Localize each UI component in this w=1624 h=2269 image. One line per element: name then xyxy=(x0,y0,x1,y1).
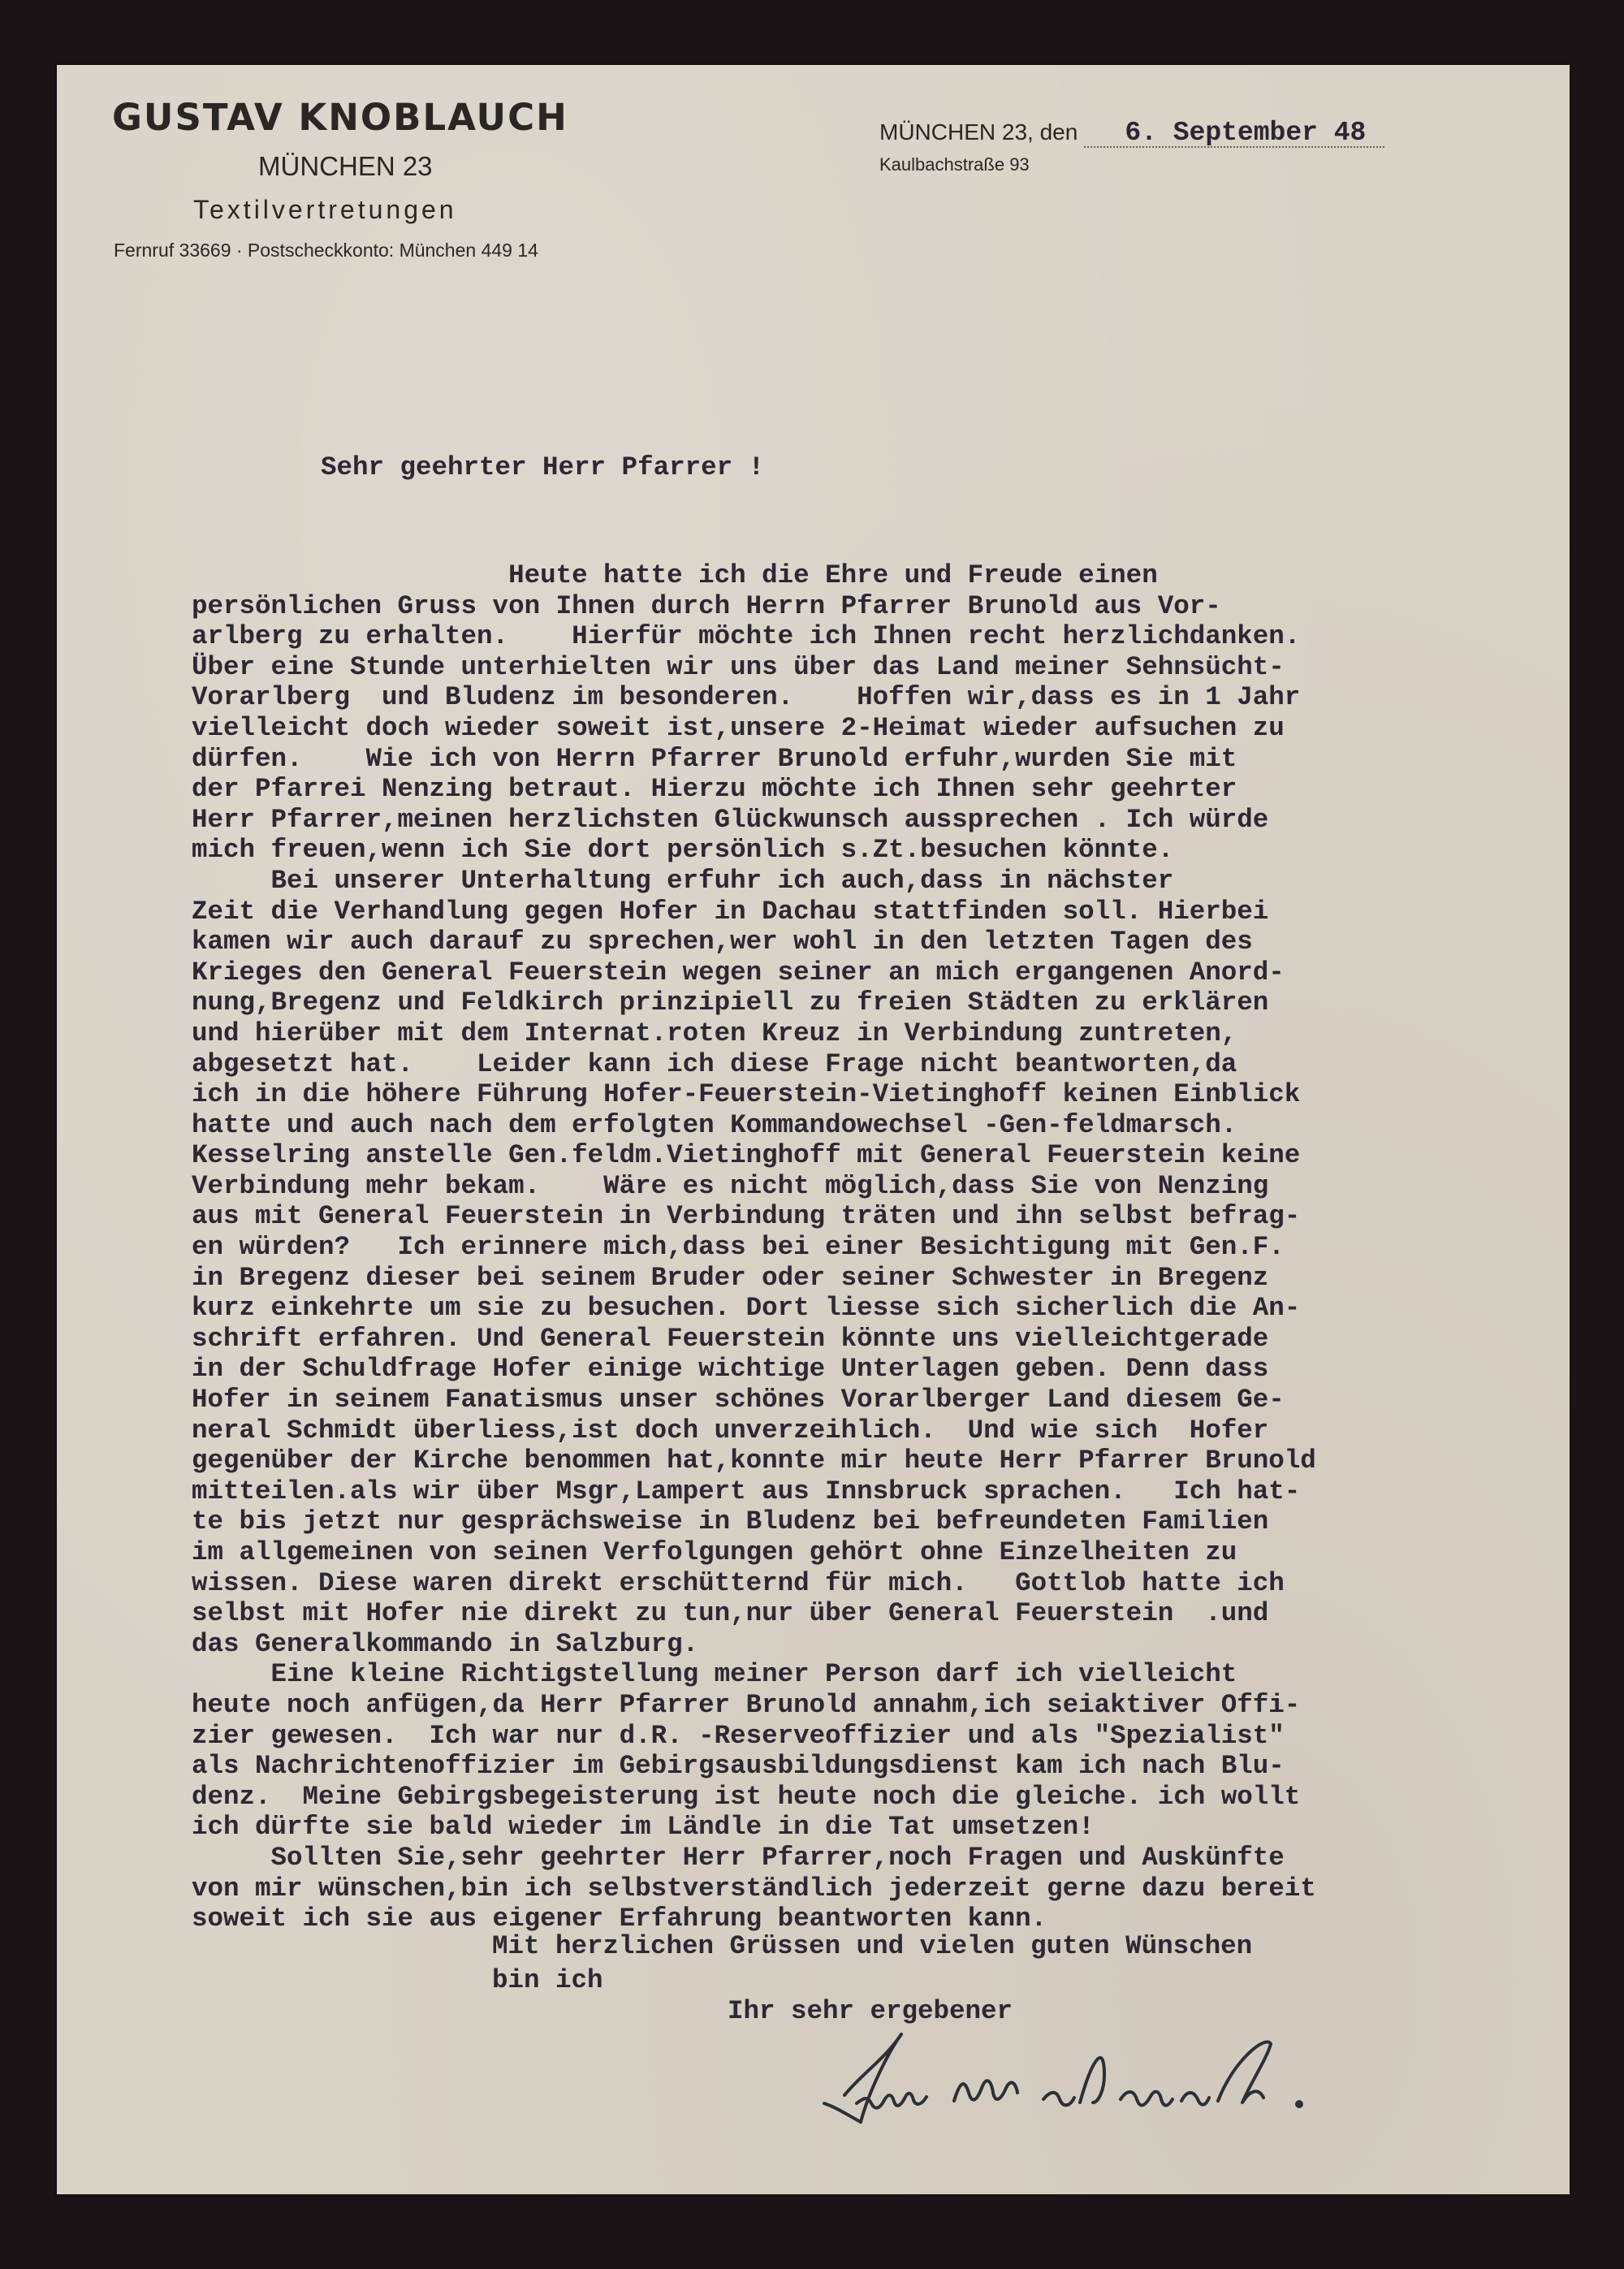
street-address: Kaulbachstraße 93 xyxy=(879,154,1030,175)
body-line: nung,Bregenz und Feldkirch prinzipiell z… xyxy=(192,988,1316,1018)
dateline-prefix: MÜNCHEN 23, den xyxy=(879,119,1078,145)
body-line: das Generalkommando in Salzburg. xyxy=(192,1629,1316,1660)
body-line: Hofer in seinem Fanatismus unser schönes… xyxy=(192,1385,1316,1415)
body-line: zier gewesen. Ich war nur d.R. -Reserveo… xyxy=(192,1721,1316,1752)
letter-body: Heute hatte ich die Ehre und Freude eine… xyxy=(192,560,1316,1934)
letterhead-contact: Fernruf 33669 · Postscheckkonto: München… xyxy=(114,240,538,261)
regards: Ihr sehr ergebener xyxy=(728,1996,1013,2027)
body-line: wissen. Diese waren direkt erschütternd … xyxy=(192,1568,1316,1599)
letterhead-city: MÜNCHEN 23 xyxy=(258,151,433,182)
body-line: Herr Pfarrer,meinen herzlichsten Glückwu… xyxy=(192,805,1316,836)
body-line: vielleicht doch wieder soweit ist,unsere… xyxy=(192,713,1316,744)
body-line: hatte und auch nach dem erfolgten Komman… xyxy=(192,1110,1316,1141)
body-line: persönlichen Gruss von Ihnen durch Herrn… xyxy=(192,591,1316,622)
body-line: ich in die höhere Führung Hofer-Feuerste… xyxy=(192,1079,1316,1110)
body-line: Heute hatte ich die Ehre und Freude eine… xyxy=(192,560,1316,591)
body-line: Eine kleine Richtigstellung meiner Perso… xyxy=(192,1659,1316,1690)
closing-line: bin ich xyxy=(492,1964,1252,1998)
body-line: heute noch anfügen,da Herr Pfarrer Bruno… xyxy=(192,1690,1316,1721)
body-line: der Pfarrei Nenzing betraut. Hierzu möch… xyxy=(192,774,1316,805)
letterhead-name: GUSTAV KNOBLAUCH xyxy=(112,96,568,139)
dateline: MÜNCHEN 23, den 6. September 48 xyxy=(879,119,1384,148)
body-line: gegenüber der Kirche benommen hat,konnte… xyxy=(192,1446,1316,1476)
body-line: Sollten Sie,sehr geehrter Herr Pfarrer,n… xyxy=(192,1843,1316,1874)
body-line: von mir wünschen,bin ich selbstverständl… xyxy=(192,1874,1316,1904)
body-line: Zeit die Verhandlung gegen Hofer in Dach… xyxy=(192,897,1316,927)
body-line: im allgemeinen von seinen Verfolgungen g… xyxy=(192,1537,1316,1568)
body-line: Verbindung mehr bekam. Wäre es nicht mög… xyxy=(192,1171,1316,1202)
body-line: und hierüber mit dem Internat.roten Kreu… xyxy=(192,1018,1316,1049)
body-line: Bei unserer Unterhaltung erfuhr ich auch… xyxy=(192,866,1316,897)
body-line: selbst mit Hofer nie direkt zu tun,nur ü… xyxy=(192,1598,1316,1629)
body-line: kamen wir auch darauf zu sprechen,wer wo… xyxy=(192,927,1316,957)
body-line: in Bregenz dieser bei seinem Bruder oder… xyxy=(192,1263,1316,1294)
body-line: dürfen. Wie ich von Herrn Pfarrer Brunol… xyxy=(192,744,1316,775)
closing: Mit herzlichen Grüssen und vielen guten … xyxy=(492,1930,1252,1998)
closing-line: Mit herzlichen Grüssen und vielen guten … xyxy=(492,1930,1252,1964)
date-field: 6. September 48 xyxy=(1084,119,1384,148)
body-line: kurz einkehrte um sie zu besuchen. Dort … xyxy=(192,1293,1316,1324)
body-line: mich freuen,wenn ich Sie dort persönlich… xyxy=(192,835,1316,866)
signature-icon xyxy=(812,2026,1332,2132)
body-line: Krieges den General Feuerstein wegen sei… xyxy=(192,957,1316,988)
body-line: aus mit General Feuerstein in Verbindung… xyxy=(192,1201,1316,1232)
body-line: neral Schmidt überliess,ist doch unverze… xyxy=(192,1415,1316,1446)
body-line: arlberg zu erhalten. Hierfür möchte ich … xyxy=(192,621,1316,652)
body-line: Vorarlberg und Bludenz im besonderen. Ho… xyxy=(192,682,1316,713)
body-line: mitteilen.als wir über Msgr,Lampert aus … xyxy=(192,1476,1316,1507)
body-line: te bis jetzt nur gesprächsweise in Blude… xyxy=(192,1506,1316,1537)
body-line: ich dürfte sie bald wieder im Ländle in … xyxy=(192,1812,1316,1843)
body-line: Über eine Stunde unterhielten wir uns üb… xyxy=(192,652,1316,683)
body-line: Kesselring anstelle Gen.feldm.Vietinghof… xyxy=(192,1140,1316,1171)
body-line: en würden? Ich erinnere mich,dass bei ei… xyxy=(192,1232,1316,1263)
letterhead-trade: Textilvertretungen xyxy=(193,195,457,225)
body-line: schrift erfahren. Und General Feuerstein… xyxy=(192,1324,1316,1355)
body-line: abgesetzt hat. Leider kann ich diese Fra… xyxy=(192,1049,1316,1080)
body-line: in der Schuldfrage Hofer einige wichtige… xyxy=(192,1354,1316,1385)
body-line: denz. Meine Gebirgsbegeisterung ist heut… xyxy=(192,1782,1316,1813)
body-line: als Nachrichtenoffizier im Gebirgsausbil… xyxy=(192,1751,1316,1782)
salutation: Sehr geehrter Herr Pfarrer ! xyxy=(321,452,764,483)
